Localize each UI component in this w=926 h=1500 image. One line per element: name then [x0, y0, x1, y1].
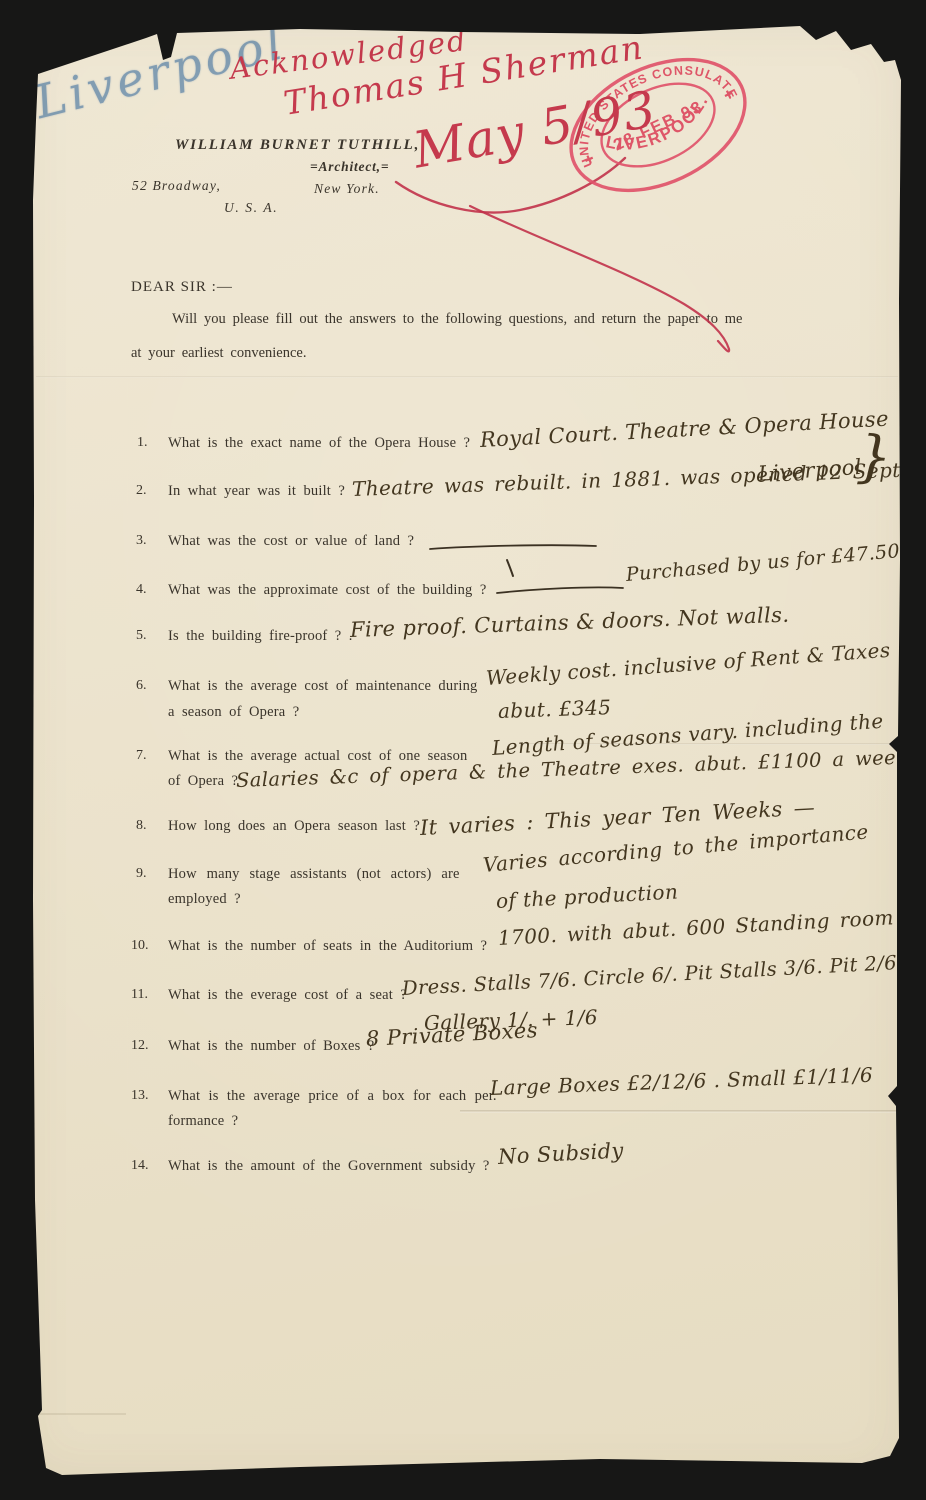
- answer-12: 8 Private Boxes: [365, 1018, 538, 1051]
- letterhead-city: New York.: [314, 181, 380, 197]
- answer-6-line-1: Weekly cost. inclusive of Rent & Taxes: [485, 638, 891, 690]
- answer-2: Theatre was rebuilt. in 1881. was opened…: [352, 456, 926, 501]
- fold-crease: [36, 1413, 126, 1415]
- letterhead-name: WILLIAM BURNET TUTHILL,: [175, 137, 420, 154]
- question-text: What is the average cost of maintenance …: [168, 678, 478, 695]
- question-text: How many stage assistants (not actors) a…: [168, 866, 460, 883]
- question-text: What is the average price of a box for e…: [168, 1088, 497, 1105]
- question-number: 3.: [136, 533, 147, 549]
- fold-crease: [36, 376, 898, 378]
- question-text: What is the exact name of the Opera Hous…: [168, 435, 470, 452]
- scan-background: WILLIAM BURNET TUTHILL, =Architect,= 52 …: [0, 0, 926, 1500]
- letterhead-street: 52 Broadway,: [132, 178, 221, 194]
- question-number: 11.: [131, 987, 148, 1003]
- question-text: employed ?: [168, 891, 241, 908]
- answer-10: 1700. with abut. 600 Standing room: [497, 905, 894, 950]
- question-number: 13.: [131, 1088, 149, 1104]
- answer-14: No Subsidy: [497, 1138, 624, 1169]
- letterhead-country: U. S. A.: [224, 200, 278, 216]
- answer-4-dash: [497, 587, 623, 593]
- answer-11-line-1: Dress. Stalls 7/6. Circle 6/. Pit Stalls…: [401, 951, 897, 1000]
- question-text: Is the building fire-proof ? .: [168, 628, 353, 645]
- answer-13: Large Boxes £2/12/6 . Small £1/11/6: [490, 1063, 874, 1100]
- answer-1-line-1: Royal Court. Theatre & Opera House: [479, 407, 889, 452]
- intro-line-2: at your earliest convenience.: [131, 345, 306, 362]
- question-text: What is the everage cost of a seat ?: [168, 987, 407, 1004]
- question-text: In what year was it built ?: [168, 483, 345, 500]
- question-number: 2.: [136, 483, 147, 499]
- fold-crease: [460, 1110, 898, 1113]
- question-number: 12.: [131, 1038, 149, 1054]
- question-number: 8.: [136, 818, 147, 834]
- question-number: 14.: [131, 1158, 149, 1174]
- question-text: What is the number of Boxes ?: [168, 1038, 374, 1055]
- answer-5: Fire proof. Curtains & doors. Not walls.: [350, 603, 790, 642]
- answer-4: Purchased by us for £47.500: [625, 539, 913, 586]
- question-text: of Opera ?: [168, 773, 238, 790]
- paper-sheet: WILLIAM BURNET TUTHILL, =Architect,= 52 …: [0, 0, 926, 1500]
- question-number: 5.: [136, 628, 147, 644]
- intro-line-1: Will you please fill out the answers to …: [172, 311, 742, 328]
- question-number: 7.: [136, 748, 147, 764]
- question-number: 6.: [136, 678, 147, 694]
- question-text: What is the amount of the Government sub…: [168, 1158, 490, 1175]
- question-text: What was the cost or value of land ?: [168, 533, 414, 550]
- question-number: 1.: [137, 435, 148, 451]
- question-number: 10.: [131, 938, 149, 954]
- letterhead-role: =Architect,=: [310, 159, 389, 175]
- question-number: 4.: [136, 582, 147, 598]
- question-text: formance ?: [168, 1113, 238, 1130]
- pen-tick-mark: [507, 560, 513, 576]
- question-number: 9.: [136, 866, 147, 882]
- question-text: How long does an Opera season last ?: [168, 818, 420, 835]
- answer-9-line-2: of the production: [495, 879, 678, 913]
- question-text: a season of Opera ?: [168, 704, 299, 721]
- answer-6-line-2: abut. £345: [498, 695, 612, 723]
- question-text: What was the approximate cost of the bui…: [168, 582, 486, 599]
- red-flourish-tail: [470, 206, 729, 351]
- answer-3-dash: [430, 545, 596, 549]
- question-text: What is the number of seats in the Audit…: [168, 938, 487, 955]
- salutation: DEAR SIR :—: [131, 279, 233, 296]
